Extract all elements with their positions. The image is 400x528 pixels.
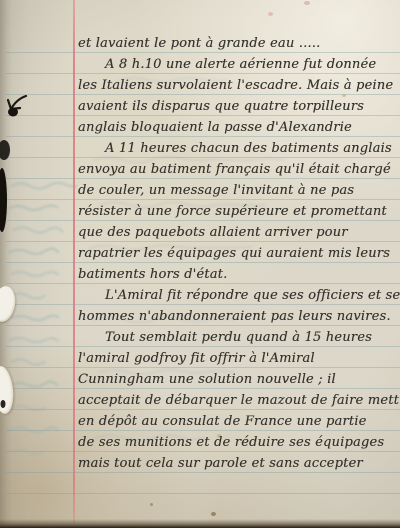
handwritten-line: les Italiens survolaient l'escadre. Mais…: [78, 75, 400, 96]
handwritten-line: A 11 heures chacun des batiments anglais: [78, 138, 400, 159]
handwritten-line: rapatrier les équipages qui auraient mis…: [78, 243, 400, 264]
handwritten-line: acceptait de débarquer le mazout de fair…: [78, 390, 400, 411]
handwritten-line: l'amiral godfroy fit offrir à l'Amiral: [78, 348, 400, 369]
handwritten-line: de couler, un message l'invitant à ne pa…: [78, 180, 400, 201]
torn-paper-patch: [0, 284, 18, 323]
notebook-page: et lavaient le pont à grande eau ..... A…: [0, 0, 400, 528]
handwritten-line: Cunningham une solution nouvelle ; il: [78, 369, 400, 390]
stain-speck: [304, 1, 310, 5]
handwritten-line: envoya au batiment français qu'il était …: [78, 159, 400, 180]
page-bottom-edge: [0, 519, 400, 528]
page-binding-edge: [0, 0, 12, 528]
handwritten-line: hommes n'abandonneraient pas leurs navir…: [78, 306, 400, 327]
stain-speck: [150, 503, 153, 506]
handwritten-text: et lavaient le pont à grande eau ..... A…: [78, 33, 400, 474]
handwritten-line: de ses munitions et de réduire ses équip…: [78, 432, 400, 453]
handwritten-line: A 8 h.10 une alerte aérienne fut donnée: [78, 54, 400, 75]
stain-speck: [211, 512, 216, 516]
torn-paper-patch: [0, 365, 15, 415]
stain-speck: [268, 12, 273, 16]
handwritten-line: batiments hors d'état.: [78, 264, 400, 285]
handwritten-line: en dépôt au consulat de France une parti…: [78, 411, 400, 432]
handwritten-line: mais tout cela sur parole et sans accept…: [78, 453, 400, 474]
margin-rule-line: [73, 0, 75, 523]
handwritten-line: L'Amiral fit répondre que ses officiers …: [78, 285, 400, 306]
handwritten-line: et lavaient le pont à grande eau .....: [78, 33, 400, 54]
handwritten-line: anglais bloquaient la passe d'Alexandrie: [78, 117, 400, 138]
handwritten-line: résister à une force supérieure et prome…: [78, 201, 400, 222]
handwritten-line: que des paquebots allaient arriver pour: [78, 222, 400, 243]
handwritten-line: avaient ils disparus que quatre torpille…: [78, 96, 400, 117]
handwritten-line: Tout semblait perdu quand à 15 heures: [78, 327, 400, 348]
